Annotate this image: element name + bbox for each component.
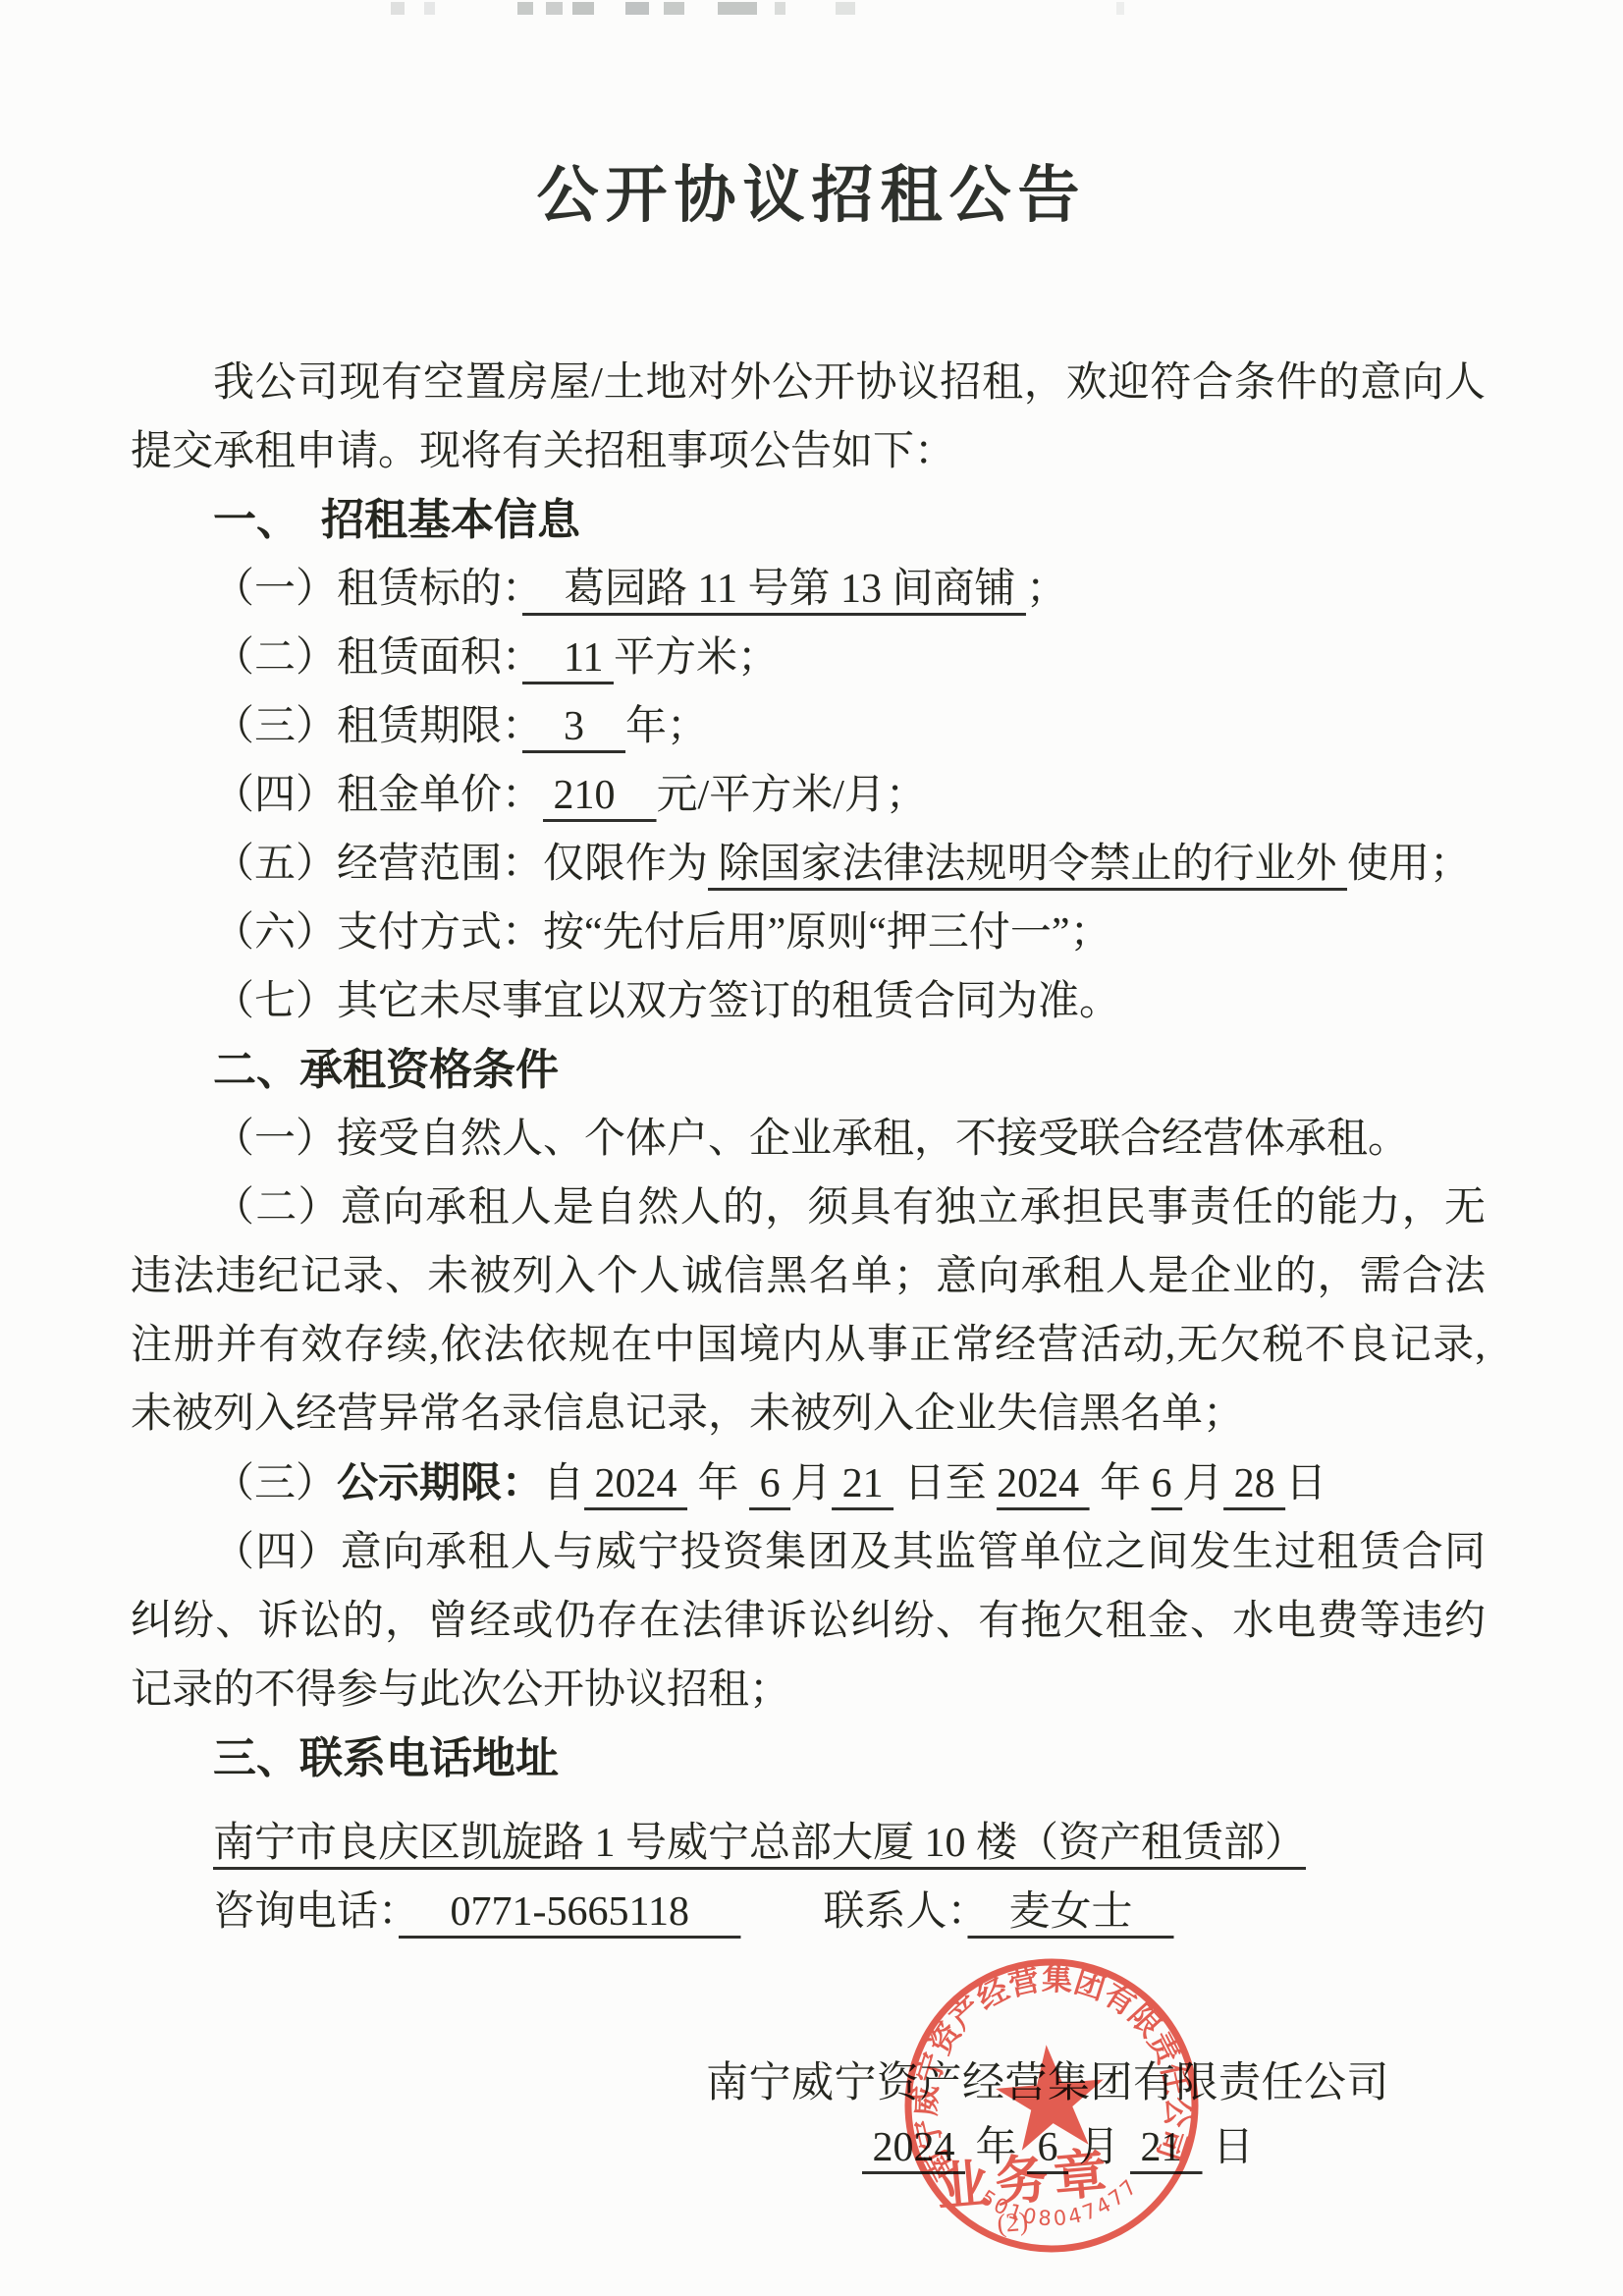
intro-line-2: 提交承租申请。现将有关招租事项公告如下： (131, 417, 1486, 486)
dispute-item-line-1: （四）意向承租人与威宁投资集团及其监管单位之间发生过租赁合同 (131, 1518, 1486, 1587)
section3-heading: 三、联系电话地址 (131, 1724, 1486, 1793)
rent-price-item: （四）租金单价： 210 元/平方米/月； (131, 761, 1486, 830)
other-matters-item: （七）其它未尽事宜以双方签订的租赁合同为准。 (131, 967, 1486, 1036)
section2-heading: 二、承租资格条件 (131, 1036, 1486, 1105)
dispute-item-line-2: 纠纷、诉讼的，曾经或仍存在法律诉讼纠纷、有拖欠租金、水电费等违约 (131, 1587, 1486, 1656)
company-seal-stamp: 南宁威宁资产经营集团有限责任公司 业务章 (2) 4501080474778 (898, 1952, 1205, 2259)
contact-address: 南宁市良庆区凯旋路 1 号威宁总部大厦 10 楼（资产租赁部） (131, 1809, 1486, 1878)
eligibility-item-2-line-1: （二）意向承租人是自然人的，须具有独立承担民事责任的能力，无 (131, 1174, 1486, 1242)
document-title: 公开协议招租公告 (0, 145, 1623, 235)
dispute-item-line-3: 记录的不得参与此次公开协议招租； (131, 1656, 1486, 1724)
rental-subject-item: （一）租赁标的： 葛园路 11 号第 13 间商铺 ； (131, 555, 1486, 624)
publicity-period-item: （三）公示期限：自 2024 年 6 月 21 日至 2024 年 6 月 28… (131, 1449, 1486, 1518)
business-scope-item: （五）经营范围：仅限作为 除国家法律法规明令禁止的行业外 使用； (131, 830, 1486, 899)
eligibility-item-2-line-4: 未被列入经营异常名录信息记录，未被列入企业失信黑名单； (131, 1380, 1486, 1449)
eligibility-item-1: （一）接受自然人、个体户、企业承租，不接受联合经营体承租。 (131, 1105, 1486, 1174)
contact-phone-line: 咨询电话： 0771-5665118 联系人： 麦女士 (131, 1878, 1486, 1946)
stamp-star-icon (993, 2040, 1109, 2152)
payment-method-item: （六）支付方式：按“先付后用”原则“押三付一”； (131, 899, 1486, 967)
rental-term-item: （三）租赁期限： 3 年； (131, 692, 1486, 761)
eligibility-item-2-line-3: 注册并有效存续,依法依规在中国境内从事正常经营活动,无欠税不良记录, (131, 1311, 1486, 1380)
document-body: 我公司现有空置房屋/土地对外公开协议招租，欢迎符合条件的意向人 提交承租申请。现… (0, 235, 1623, 1946)
scanned-rental-announcement-page: 公开协议招租公告 我公司现有空置房屋/土地对外公开协议招租，欢迎符合条件的意向人… (0, 0, 1623, 2296)
eligibility-item-2-line-2: 违法违纪记录、未被列入个人诚信黑名单；意向承租人是企业的，需合法 (131, 1242, 1486, 1311)
section1-heading: 一、 招租基本信息 (131, 486, 1486, 555)
rental-area-item: （二）租赁面积： 11 平方米； (131, 624, 1486, 692)
intro-line-1: 我公司现有空置房屋/土地对外公开协议招租，欢迎符合条件的意向人 (131, 349, 1486, 417)
